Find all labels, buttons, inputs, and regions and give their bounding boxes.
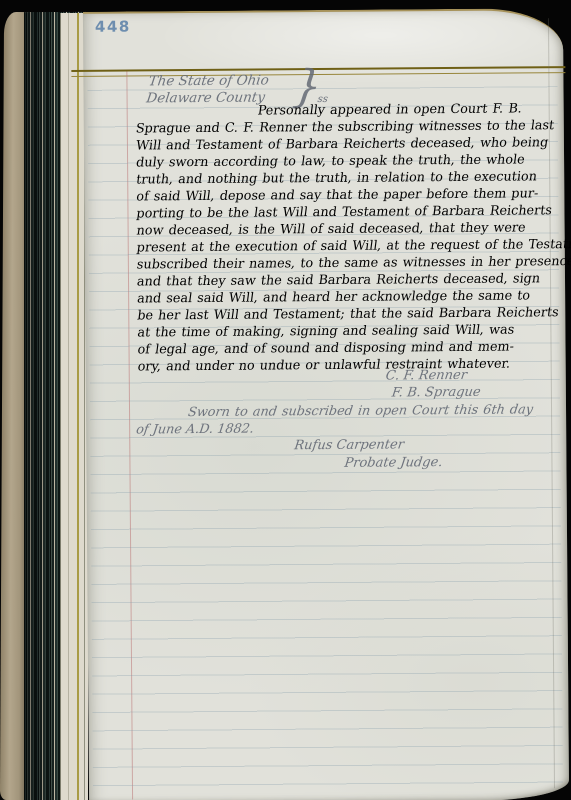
scanned-record-book: 448 The State of Ohio Delaware County } …: [0, 0, 571, 800]
handwritten-line: ory, and under no undue or unlawful rest…: [137, 355, 561, 375]
venue-state-line: The State of Ohio: [148, 72, 270, 90]
record-page: 448 The State of Ohio Delaware County } …: [83, 8, 569, 800]
witness-signature: C. F. Renner: [385, 368, 468, 384]
witness-signature: F. B. Sprague: [391, 385, 482, 401]
attestation-line: of June A.D. 1882.: [135, 422, 255, 438]
deposition-text: Personally appeared in open Court F. B. …: [136, 100, 560, 375]
attestation-line: Sworn to and subscribed in open Court th…: [187, 402, 534, 420]
judge-signature: Rufus Carpenter: [293, 437, 405, 453]
page-number: 448: [95, 18, 131, 36]
judge-title: Probate Judge.: [343, 455, 443, 471]
